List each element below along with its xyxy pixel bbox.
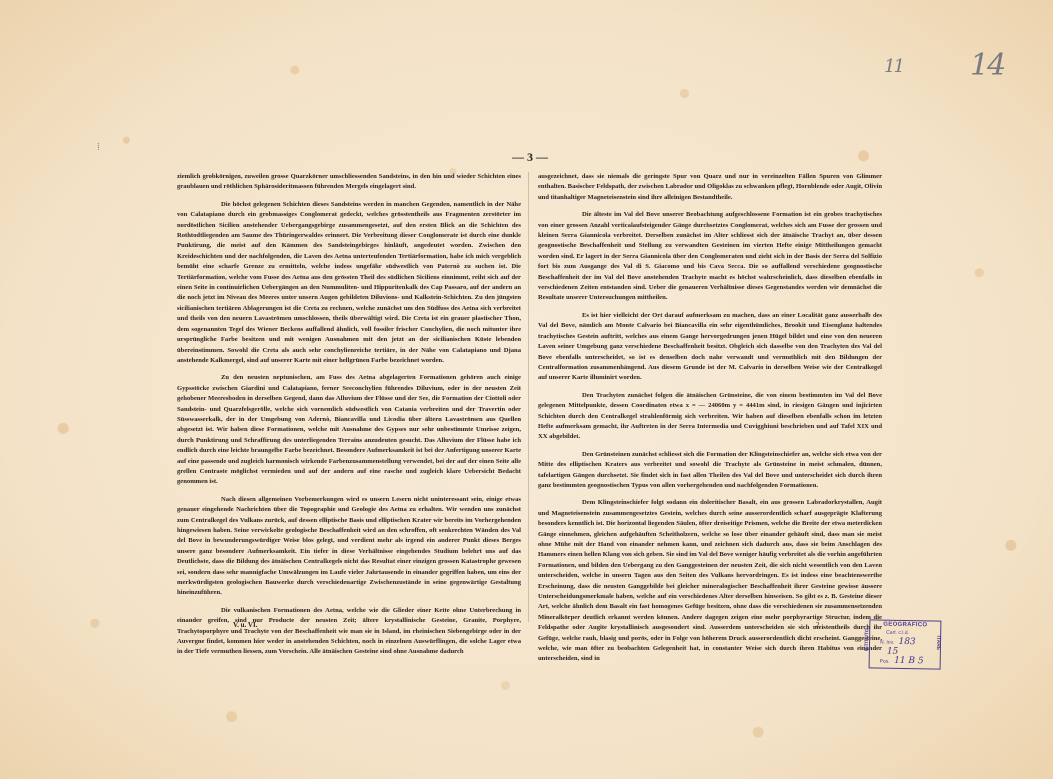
paragraph: Nach diesen allgemeinen Vorbemerkungen w… — [177, 495, 521, 599]
stamp-handwritten-value: 183 — [898, 637, 915, 647]
paragraph: Dem Klingsteinschiefer folgt sodann ein … — [538, 498, 882, 665]
pencil-annotation-right: 14 — [970, 48, 1004, 83]
paragraph: Den Grünsteinen zunächst schliesst sich … — [538, 450, 882, 492]
library-stamp: GEOGRAFICO ISTITUTO ITARE Cart. c.l.d. N… — [869, 619, 942, 669]
scanned-page: 11 14 ⁞ — 3 — ziemlich grobkörnigen, zuw… — [0, 0, 1053, 779]
stamp-label: Pos. — [880, 659, 890, 665]
paragraph: Die vulkanischen Formationen des Aetna, … — [177, 606, 521, 658]
stamp-right-text: ITARE — [935, 636, 941, 651]
paragraph: ausgezeichnet, dass sie niemals die geri… — [538, 172, 882, 203]
right-text-column: ausgezeichnet, dass sie niemals die geri… — [538, 172, 882, 672]
paragraph: Zu den neusten neptunischen, am Fuss des… — [177, 373, 521, 487]
margin-tick-mark: ⁞ — [97, 142, 100, 153]
stamp-label: Cart. — [886, 630, 897, 636]
paragraph: Es ist hier vielleicht der Ort darauf au… — [538, 311, 882, 384]
stamp-value: c.l.d. — [898, 630, 909, 636]
paragraph: ziemlich grobkörnigen, zuweilen grosse Q… — [177, 172, 521, 193]
page-number: — 3 — — [500, 150, 560, 165]
pencil-annotation-left: 11 — [884, 56, 903, 77]
column-divider — [528, 172, 529, 622]
left-text-column: ziemlich grobkörnigen, zuweilen grosse Q… — [177, 172, 521, 665]
paragraph: Den Trachyten zunächst folgen die ätnäis… — [538, 391, 882, 443]
stamp-row-position: Pos. 11 B 5 — [880, 656, 924, 667]
stamp-row-inventory: N. Inv. 183 — [880, 637, 916, 648]
stamp-row-cart: Cart. c.l.d. — [886, 630, 909, 636]
paragraph: Die älteste im Val del Bove unserer Beob… — [538, 210, 882, 304]
sheet-number: 2 — [816, 621, 820, 629]
stamp-left-text: ISTITUTO — [864, 628, 870, 651]
stamp-handwritten-value: 11 B 5 — [894, 656, 924, 667]
signature-mark: V. u. VI. — [233, 621, 257, 629]
stamp-label: N. Inv. — [880, 640, 894, 646]
paragraph: Die höchst gelegenen Schichten dieses Sa… — [177, 200, 521, 367]
stamp-top-text: GEOGRAFICO — [870, 621, 940, 628]
